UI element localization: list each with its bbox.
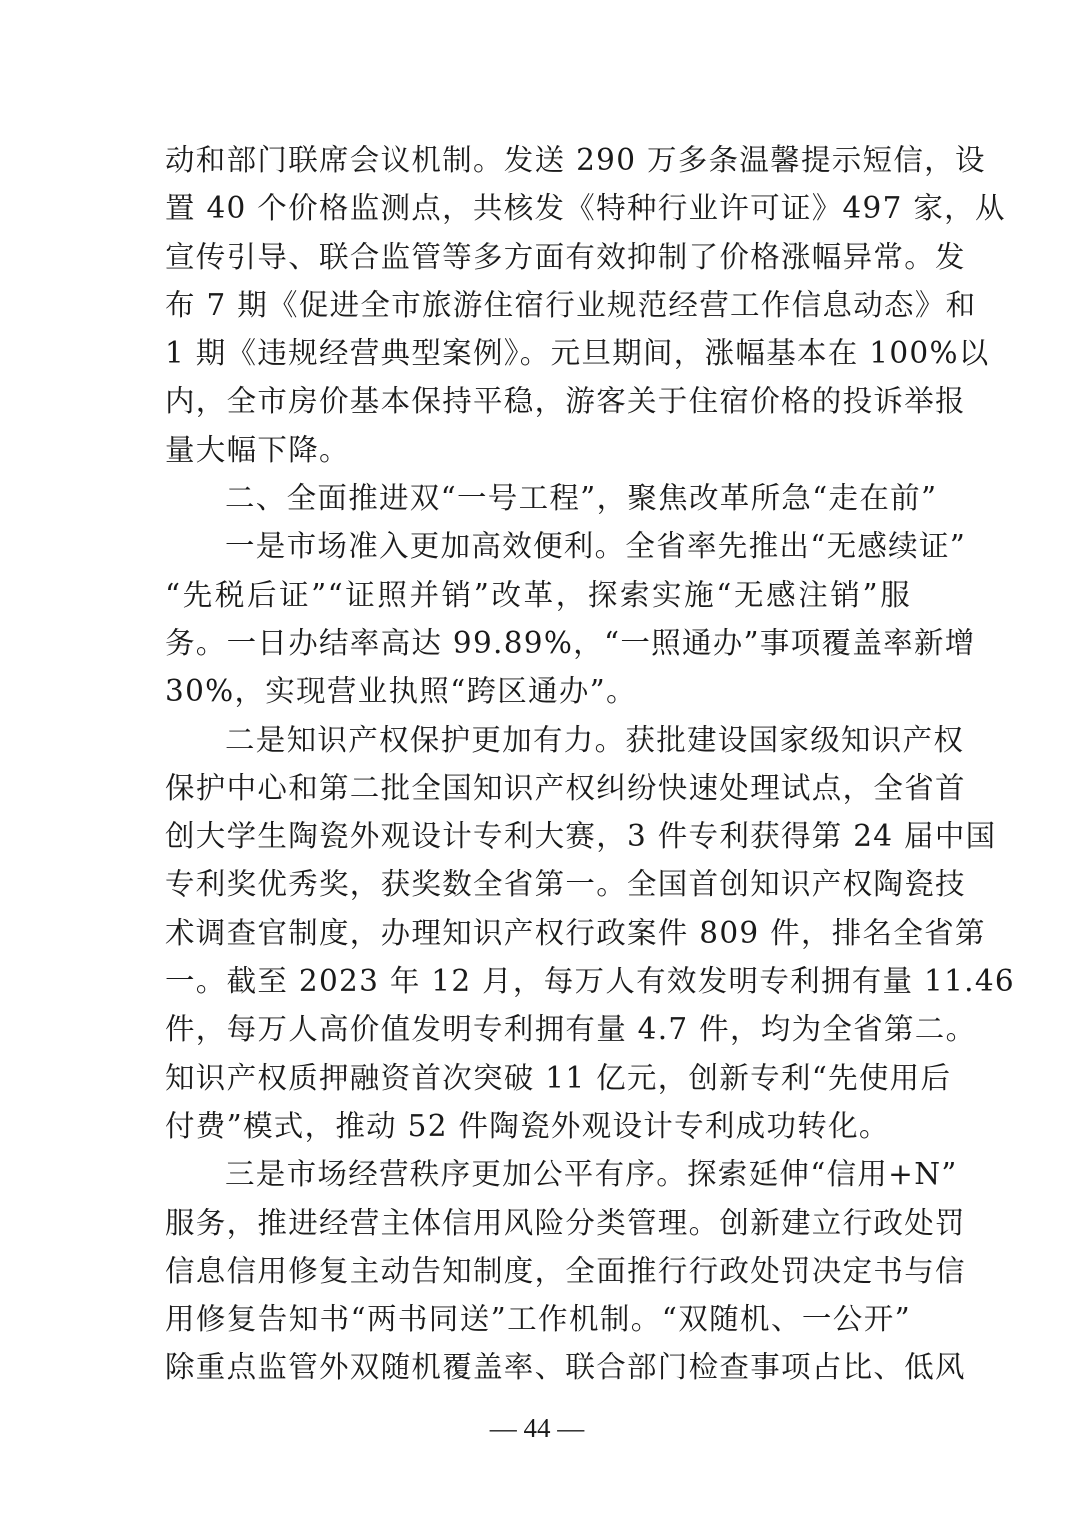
- paragraph-market-order: 三是市场经营秩序更加公平有序。探索延伸“信用+N” 服务，推进经营主体信用风险分…: [165, 1150, 911, 1391]
- text-line: 宣传引导、联合监管等多方面有效抑制了价格涨幅异常。发: [165, 233, 911, 281]
- paragraph-market-access: 一是市场准入更加高效便利。全省率先推出“无感续证” “先税后证”“证照并销”改革…: [165, 522, 911, 715]
- text-line: “先税后证”“证照并销”改革，探索实施“无感注销”服: [165, 571, 911, 619]
- text-line: 一是市场准入更加高效便利。全省率先推出“无感续证”: [165, 522, 911, 570]
- text-line: 除重点监管外双随机覆盖率、联合部门检查事项占比、低风: [165, 1343, 911, 1391]
- text-line: 术调查官制度，办理知识产权行政案件 809 件，排名全省第: [165, 909, 911, 957]
- text-line: 动和部门联席会议机制。发送 290 万多条温馨提示短信，设: [165, 136, 911, 184]
- text-line: 用修复告知书“两书同送”工作机制。“双随机、一公开”: [165, 1295, 911, 1343]
- text-line: 三是市场经营秩序更加公平有序。探索延伸“信用+N”: [165, 1150, 911, 1198]
- text-line: 件，每万人高价值发明专利拥有量 4.7 件，均为全省第二。: [165, 1005, 911, 1053]
- text-line: 付费”模式，推动 52 件陶瓷外观设计专利成功转化。: [165, 1102, 911, 1150]
- section-heading-text: 二、全面推进双“一号工程”，聚焦改革所急“走在前”: [165, 474, 911, 522]
- text-line: 1 期《违规经营典型案例》。元旦期间，涨幅基本在 100%以: [165, 329, 911, 377]
- text-line: 创大学生陶瓷外观设计专利大赛，3 件专利获得第 24 届中国: [165, 812, 911, 860]
- text-line: 量大幅下降。: [165, 426, 911, 474]
- page-number: — 44 —: [0, 1413, 1074, 1444]
- text-line: 二是知识产权保护更加有力。获批建设国家级知识产权: [165, 716, 911, 764]
- paragraph-ip-protection: 二是知识产权保护更加有力。获批建设国家级知识产权 保护中心和第二批全国知识产权纠…: [165, 716, 911, 1151]
- document-body: 动和部门联席会议机制。发送 290 万多条温馨提示短信，设 置 40 个价格监测…: [165, 136, 911, 1392]
- paragraph-continued: 动和部门联席会议机制。发送 290 万多条温馨提示短信，设 置 40 个价格监测…: [165, 136, 911, 474]
- text-line: 专利奖优秀奖，获奖数全省第一。全国首创知识产权陶瓷技: [165, 860, 911, 908]
- text-line: 知识产权质押融资首次突破 11 亿元，创新专利“先使用后: [165, 1054, 911, 1102]
- text-line: 一。截至 2023 年 12 月，每万人有效发明专利拥有量 11.46: [165, 957, 911, 1005]
- text-line: 内，全市房价基本保持平稳，游客关于住宿价格的投诉举报: [165, 377, 911, 425]
- text-line: 30%，实现营业执照“跨区通办”。: [165, 667, 911, 715]
- text-line: 服务，推进经营主体信用风险分类管理。创新建立行政处罚: [165, 1199, 911, 1247]
- text-line: 保护中心和第二批全国知识产权纠纷快速处理试点，全省首: [165, 764, 911, 812]
- text-line: 务。一日办结率高达 99.89%，“一照通办”事项覆盖率新增: [165, 619, 911, 667]
- text-line: 信息信用修复主动告知制度，全面推行行政处罚决定书与信: [165, 1247, 911, 1295]
- section-heading: 二、全面推进双“一号工程”，聚焦改革所急“走在前”: [165, 474, 911, 522]
- text-line: 布 7 期《促进全市旅游住宿行业规范经营工作信息动态》和: [165, 281, 911, 329]
- text-line: 置 40 个价格监测点，共核发《特种行业许可证》497 家，从: [165, 184, 911, 232]
